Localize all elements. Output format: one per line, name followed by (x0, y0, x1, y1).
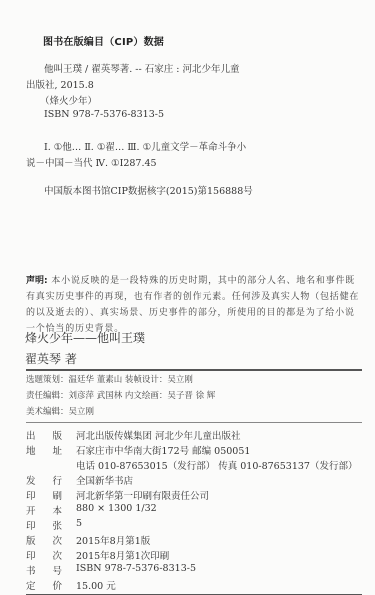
pub-label: 发行 (26, 473, 71, 487)
publication-row-publisher: 出版 河北出版传媒集团 河北少年儿童出版社 (26, 428, 366, 442)
credit-line-2: 责任编辑：刘彦萍 武国林 内文绘画：吴子晋 徐 辉 (26, 389, 215, 401)
pub-value: ISBN 978-7-5376-8313-5 (76, 563, 196, 574)
pub-value: 880 × 1300 1/32 (76, 503, 157, 514)
cip-record-line-2: 出版社, 2015.8 (26, 77, 94, 91)
pub-value: 全国新华书店 (76, 473, 133, 487)
cip-classification-line-2: 说－中国－当代 Ⅳ. ①I287.45 (26, 155, 157, 169)
publication-row-edition: 版次 2015年8月第1版 (26, 533, 366, 547)
publication-row-format: 开本 880 × 1300 1/32 (26, 503, 366, 517)
pub-label: 印刷 (26, 488, 71, 502)
cip-series: （烽火少年） (40, 93, 97, 107)
cip-isbn: ISBN 978-7-5376-8313-5 (44, 109, 164, 120)
divider-middle (26, 422, 362, 423)
pub-label: 出版 (26, 428, 71, 442)
book-author: 翟英琴 著 (25, 350, 77, 367)
pub-label: 印张 (26, 518, 71, 532)
divider-top (26, 369, 362, 371)
pub-label: 书号 (26, 563, 71, 577)
publication-row-printer: 印刷 河北新华第一印刷有限责任公司 (26, 488, 366, 502)
cip-title: 图书在版编目（CIP）数据 (43, 33, 164, 48)
publication-row-sheets: 印张 5 (26, 518, 366, 532)
pub-value: 河北出版传媒集团 河北少年儿童出版社 (76, 428, 241, 442)
cip-verification-number: 中国版本图书馆CIP数据核字(2015)第156888号 (44, 183, 253, 197)
pub-label: 定价 (26, 578, 71, 592)
pub-label: 版次 (26, 533, 71, 547)
declaration-label: 声明: (26, 276, 48, 286)
pub-value: 15.00 元 (76, 578, 116, 592)
pub-label: 地址 (26, 443, 71, 457)
pub-value: 电话 010-87653015（发行部） 传真 010-87653137（发行部… (76, 458, 357, 472)
pub-value: 2015年8月第1次印刷 (76, 548, 169, 562)
publication-row-address: 地址 石家庄市中华南大街172号 邮编 050051 (26, 443, 366, 457)
pub-value: 石家庄市中华南大街172号 邮编 050051 (76, 443, 250, 457)
declaration: 声明: 本小说反映的是一段特殊的历史时期，其中的部分人名、地名和事件既有真实历史… (26, 273, 360, 337)
declaration-text: 本小说反映的是一段特殊的历史时期，其中的部分人名、地名和事件既有真实历史事件的再… (26, 276, 359, 334)
book-series-title: 烽火少年——他叫王璞 (25, 329, 145, 346)
publication-row-phone: 电话 010-87653015（发行部） 传真 010-87653137（发行部… (26, 458, 366, 472)
pub-label: 印次 (26, 548, 71, 562)
cip-record-line-1: 他叫王璞 / 翟英琴著. -- 石家庄 : 河北少年儿童 (44, 61, 239, 75)
cip-classification-line-1: Ⅰ. ①他… Ⅱ. ①翟… Ⅲ. ①儿童文学－革命斗争小 (44, 139, 246, 153)
publication-row-distribution: 发行 全国新华书店 (26, 473, 366, 487)
publication-row-isbn: 书号 ISBN 978-7-5376-8313-5 (26, 563, 366, 577)
pub-label: 开本 (26, 503, 71, 517)
credit-line-3: 美术编辑：吴立刚 (26, 405, 94, 417)
pub-value: 河北新华第一印刷有限责任公司 (76, 488, 209, 502)
pub-value: 5 (76, 518, 82, 529)
publication-row-price: 定价 15.00 元 (26, 578, 366, 592)
pub-value: 2015年8月第1版 (76, 533, 150, 547)
publication-row-printing: 印次 2015年8月第1次印刷 (26, 548, 366, 562)
credit-line-1: 选题策划：温廷华 董素山 装帧设计：吴立刚 (26, 373, 193, 385)
